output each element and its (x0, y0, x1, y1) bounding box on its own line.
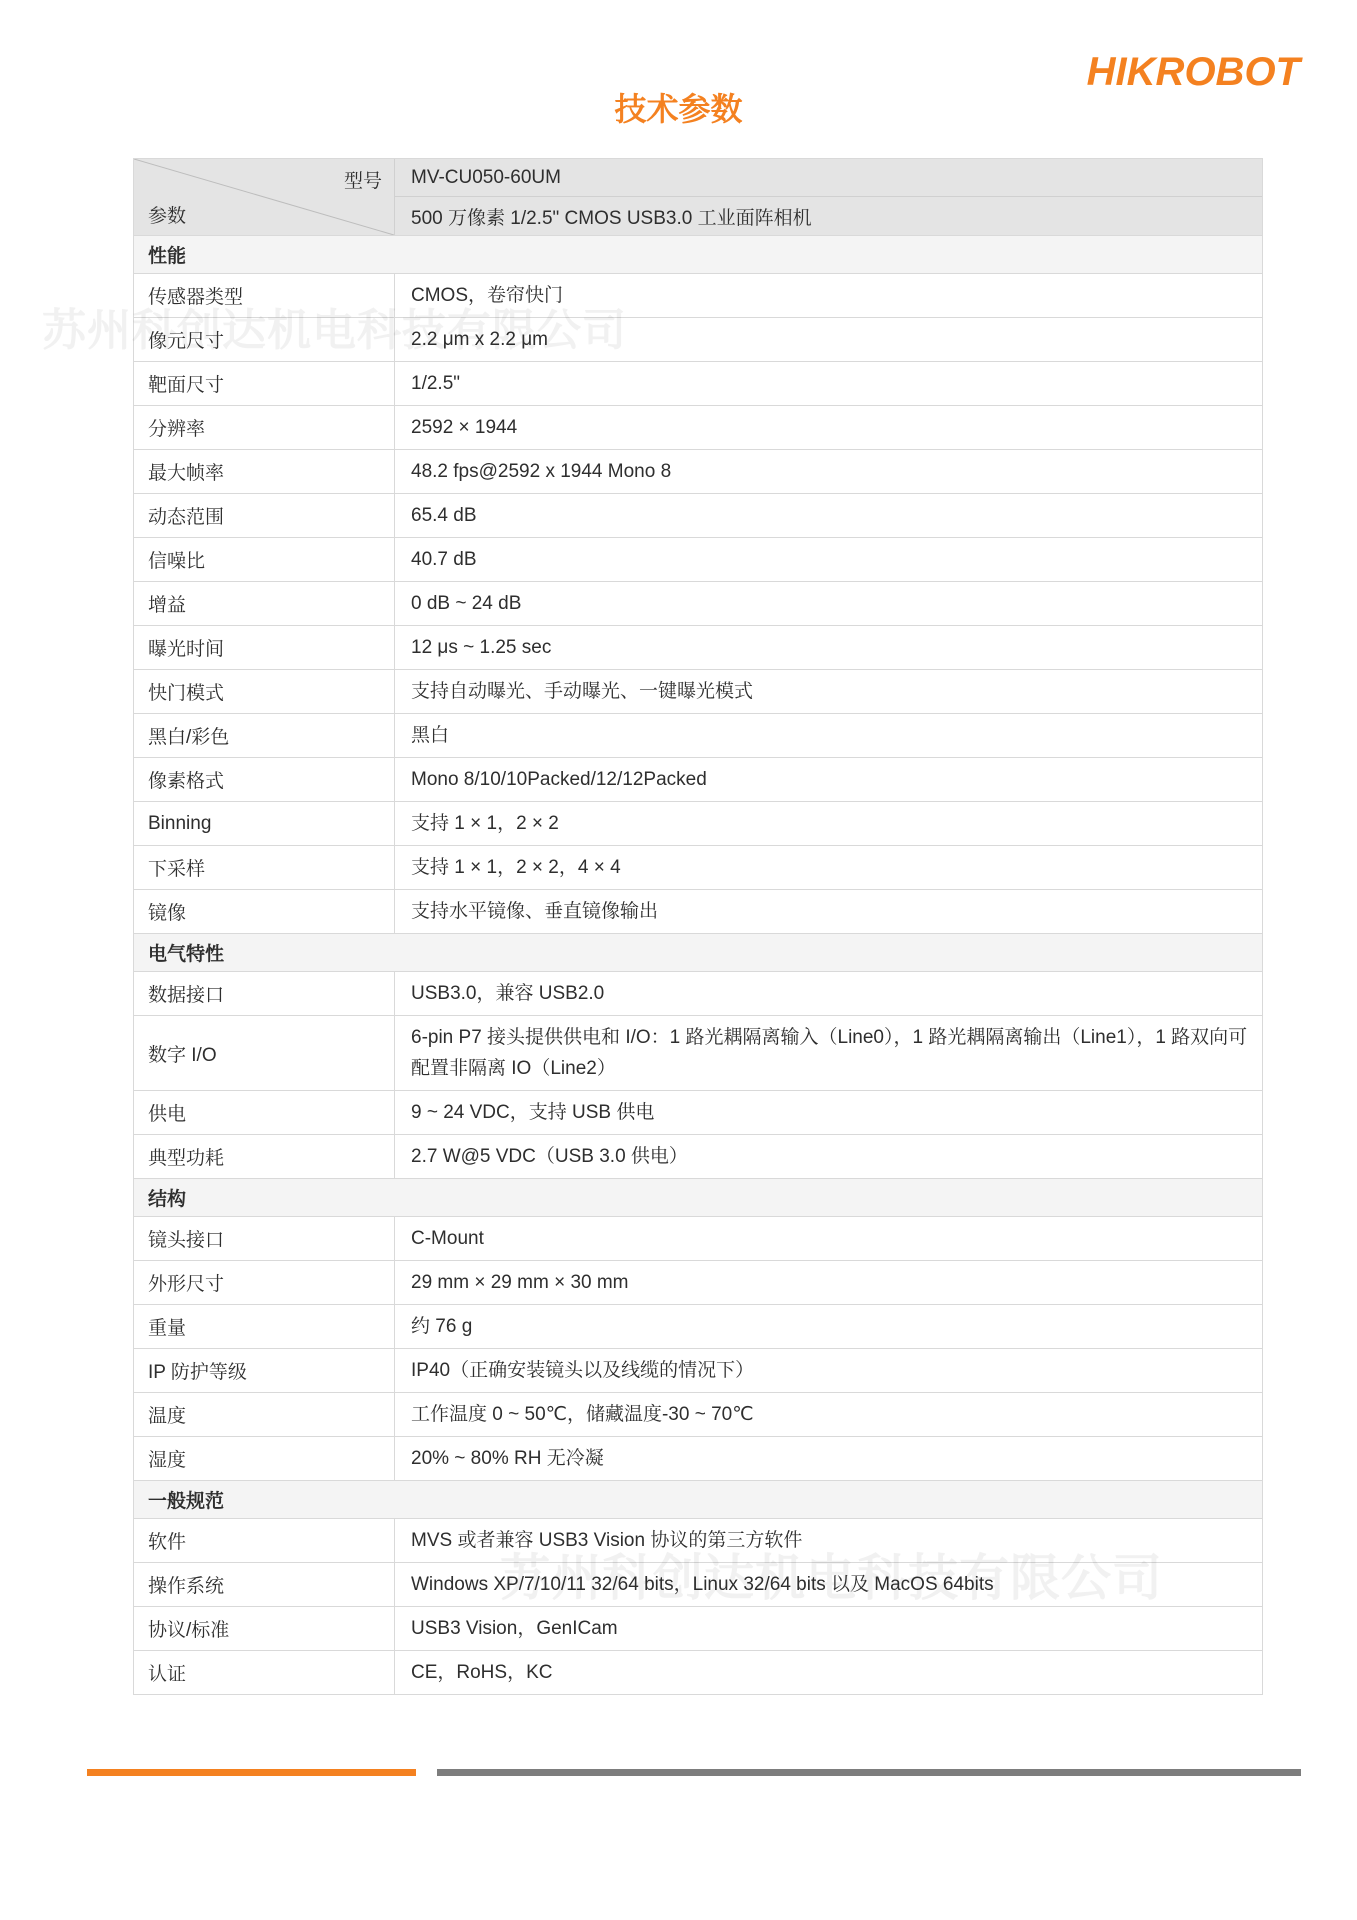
parameter-value: 2592 × 1944 (395, 406, 1262, 449)
parameter-value: USB3 Vision，GenICam (395, 1607, 1262, 1650)
table-row: 下采样支持 1 × 1，2 × 2，4 × 4 (134, 845, 1262, 889)
parameter-label: 供电 (134, 1091, 395, 1134)
parameter-label: 动态范围 (134, 494, 395, 537)
table-row: 协议/标准USB3 Vision，GenICam (134, 1606, 1262, 1650)
spec-table: 型号 参数 MV-CU050-60UM 500 万像素 1/2.5" CMOS … (133, 158, 1263, 1695)
parameter-value: 1/2.5" (395, 362, 1262, 405)
parameter-label: 分辨率 (134, 406, 395, 449)
table-row: Binning支持 1 × 1，2 × 2 (134, 801, 1262, 845)
section-header-row: 电气特性 (134, 933, 1262, 971)
table-row: 像元尺寸2.2 μm x 2.2 μm (134, 317, 1262, 361)
table-row: 曝光时间12 μs ~ 1.25 sec (134, 625, 1262, 669)
table-row: 数字 I/O6-pin P7 接头提供供电和 I/O：1 路光耦隔离输入（Lin… (134, 1015, 1262, 1090)
parameter-value: 2.7 W@5 VDC（USB 3.0 供电） (395, 1135, 1262, 1178)
parameter-value: IP40（正确安装镜头以及线缆的情况下） (395, 1349, 1262, 1392)
parameter-label: 温度 (134, 1393, 395, 1436)
parameter-value: 6-pin P7 接头提供供电和 I/O：1 路光耦隔离输入（Line0），1 … (395, 1016, 1262, 1090)
parameter-label: 像元尺寸 (134, 318, 395, 361)
parameter-label: 数字 I/O (134, 1016, 395, 1090)
parameter-label: 数据接口 (134, 972, 395, 1015)
table-row: 供电9 ~ 24 VDC，支持 USB 供电 (134, 1090, 1262, 1134)
parameter-value: Mono 8/10/10Packed/12/12Packed (395, 758, 1262, 801)
parameter-value: CMOS，卷帘快门 (395, 274, 1262, 317)
parameter-label: 信噪比 (134, 538, 395, 581)
parameter-label: 快门模式 (134, 670, 395, 713)
parameter-label: 镜像 (134, 890, 395, 933)
table-body: 性能传感器类型CMOS，卷帘快门像元尺寸2.2 μm x 2.2 μm靶面尺寸1… (134, 235, 1262, 1694)
parameter-label: 认证 (134, 1651, 395, 1694)
parameter-label: 黑白/彩色 (134, 714, 395, 757)
table-row: 典型功耗2.7 W@5 VDC（USB 3.0 供电） (134, 1134, 1262, 1178)
parameter-value: 29 mm × 29 mm × 30 mm (395, 1261, 1262, 1304)
parameter-value: 12 μs ~ 1.25 sec (395, 626, 1262, 669)
document-page: HIKROBOT 技术参数 苏州科创达机电科技有限公司 型号 参数 MV-CU0… (0, 0, 1357, 1920)
table-corner-cell: 型号 参数 (134, 159, 395, 235)
parameter-value: 20% ~ 80% RH 无冷凝 (395, 1437, 1262, 1480)
parameter-label: 典型功耗 (134, 1135, 395, 1178)
parameter-value: MVS 或者兼容 USB3 Vision 协议的第三方软件 (395, 1519, 1262, 1562)
table-row: 镜像支持水平镜像、垂直镜像输出 (134, 889, 1262, 933)
table-row: 重量约 76 g (134, 1304, 1262, 1348)
parameter-value: Windows XP/7/10/11 32/64 bits，Linux 32/6… (395, 1563, 1262, 1606)
parameter-label: 最大帧率 (134, 450, 395, 493)
table-row: 动态范围65.4 dB (134, 493, 1262, 537)
table-row: 最大帧率48.2 fps@2592 x 1944 Mono 8 (134, 449, 1262, 493)
table-row: 黑白/彩色黑白 (134, 713, 1262, 757)
parameter-label: 协议/标准 (134, 1607, 395, 1650)
parameter-value: 40.7 dB (395, 538, 1262, 581)
footer-gray-bar (437, 1769, 1301, 1776)
parameter-label: 操作系统 (134, 1563, 395, 1606)
parameter-value: 65.4 dB (395, 494, 1262, 537)
table-row: 镜头接口C-Mount (134, 1216, 1262, 1260)
section-header-row: 结构 (134, 1178, 1262, 1216)
table-row: 传感器类型CMOS，卷帘快门 (134, 273, 1262, 317)
parameter-label: 曝光时间 (134, 626, 395, 669)
section-header-row: 性能 (134, 235, 1262, 273)
parameter-label: 湿度 (134, 1437, 395, 1480)
parameter-value: 0 dB ~ 24 dB (395, 582, 1262, 625)
parameter-value: 48.2 fps@2592 x 1944 Mono 8 (395, 450, 1262, 493)
parameter-value: CE，RoHS，KC (395, 1651, 1262, 1694)
parameter-label: 靶面尺寸 (134, 362, 395, 405)
table-row: IP 防护等级IP40（正确安装镜头以及线缆的情况下） (134, 1348, 1262, 1392)
parameter-label: 像素格式 (134, 758, 395, 801)
parameter-label: 传感器类型 (134, 274, 395, 317)
table-row: 外形尺寸29 mm × 29 mm × 30 mm (134, 1260, 1262, 1304)
parameter-value: 支持 1 × 1，2 × 2，4 × 4 (395, 846, 1262, 889)
parameter-value: USB3.0，兼容 USB2.0 (395, 972, 1262, 1015)
parameter-label: 外形尺寸 (134, 1261, 395, 1304)
parameter-label: Binning (134, 802, 395, 845)
corner-bottom-label: 参数 (148, 201, 186, 228)
table-row: 软件MVS 或者兼容 USB3 Vision 协议的第三方软件 (134, 1518, 1262, 1562)
table-row: 像素格式Mono 8/10/10Packed/12/12Packed (134, 757, 1262, 801)
parameter-value: C-Mount (395, 1217, 1262, 1260)
parameter-value: 支持水平镜像、垂直镜像输出 (395, 890, 1262, 933)
parameter-value: 2.2 μm x 2.2 μm (395, 318, 1262, 361)
parameter-label: 下采样 (134, 846, 395, 889)
parameter-value: 黑白 (395, 714, 1262, 757)
section-header-row: 一般规范 (134, 1480, 1262, 1518)
parameter-value: 支持自动曝光、手动曝光、一键曝光模式 (395, 670, 1262, 713)
page-title: 技术参数 (0, 84, 1357, 130)
table-row: 湿度20% ~ 80% RH 无冷凝 (134, 1436, 1262, 1480)
table-row: 靶面尺寸1/2.5" (134, 361, 1262, 405)
table-row: 操作系统Windows XP/7/10/11 32/64 bits，Linux … (134, 1562, 1262, 1606)
parameter-label: 重量 (134, 1305, 395, 1348)
parameter-value: 约 76 g (395, 1305, 1262, 1348)
parameter-label: 软件 (134, 1519, 395, 1562)
table-row: 增益0 dB ~ 24 dB (134, 581, 1262, 625)
parameter-value: 9 ~ 24 VDC，支持 USB 供电 (395, 1091, 1262, 1134)
table-row: 分辨率2592 × 1944 (134, 405, 1262, 449)
table-header: 型号 参数 MV-CU050-60UM 500 万像素 1/2.5" CMOS … (134, 159, 1262, 235)
camera-description: 500 万像素 1/2.5" CMOS USB3.0 工业面阵相机 (395, 197, 1262, 235)
table-row: 温度工作温度 0 ~ 50℃，储藏温度-30 ~ 70℃ (134, 1392, 1262, 1436)
table-row: 快门模式支持自动曝光、手动曝光、一键曝光模式 (134, 669, 1262, 713)
table-row: 认证CE，RoHS，KC (134, 1650, 1262, 1694)
footer-orange-bar (87, 1769, 416, 1776)
corner-top-label: 型号 (344, 166, 382, 193)
parameter-value: 支持 1 × 1，2 × 2 (395, 802, 1262, 845)
table-row: 信噪比40.7 dB (134, 537, 1262, 581)
model-value: MV-CU050-60UM (395, 159, 1262, 197)
parameter-label: 增益 (134, 582, 395, 625)
parameter-value: 工作温度 0 ~ 50℃，储藏温度-30 ~ 70℃ (395, 1393, 1262, 1436)
table-row: 数据接口USB3.0，兼容 USB2.0 (134, 971, 1262, 1015)
parameter-label: IP 防护等级 (134, 1349, 395, 1392)
parameter-label: 镜头接口 (134, 1217, 395, 1260)
